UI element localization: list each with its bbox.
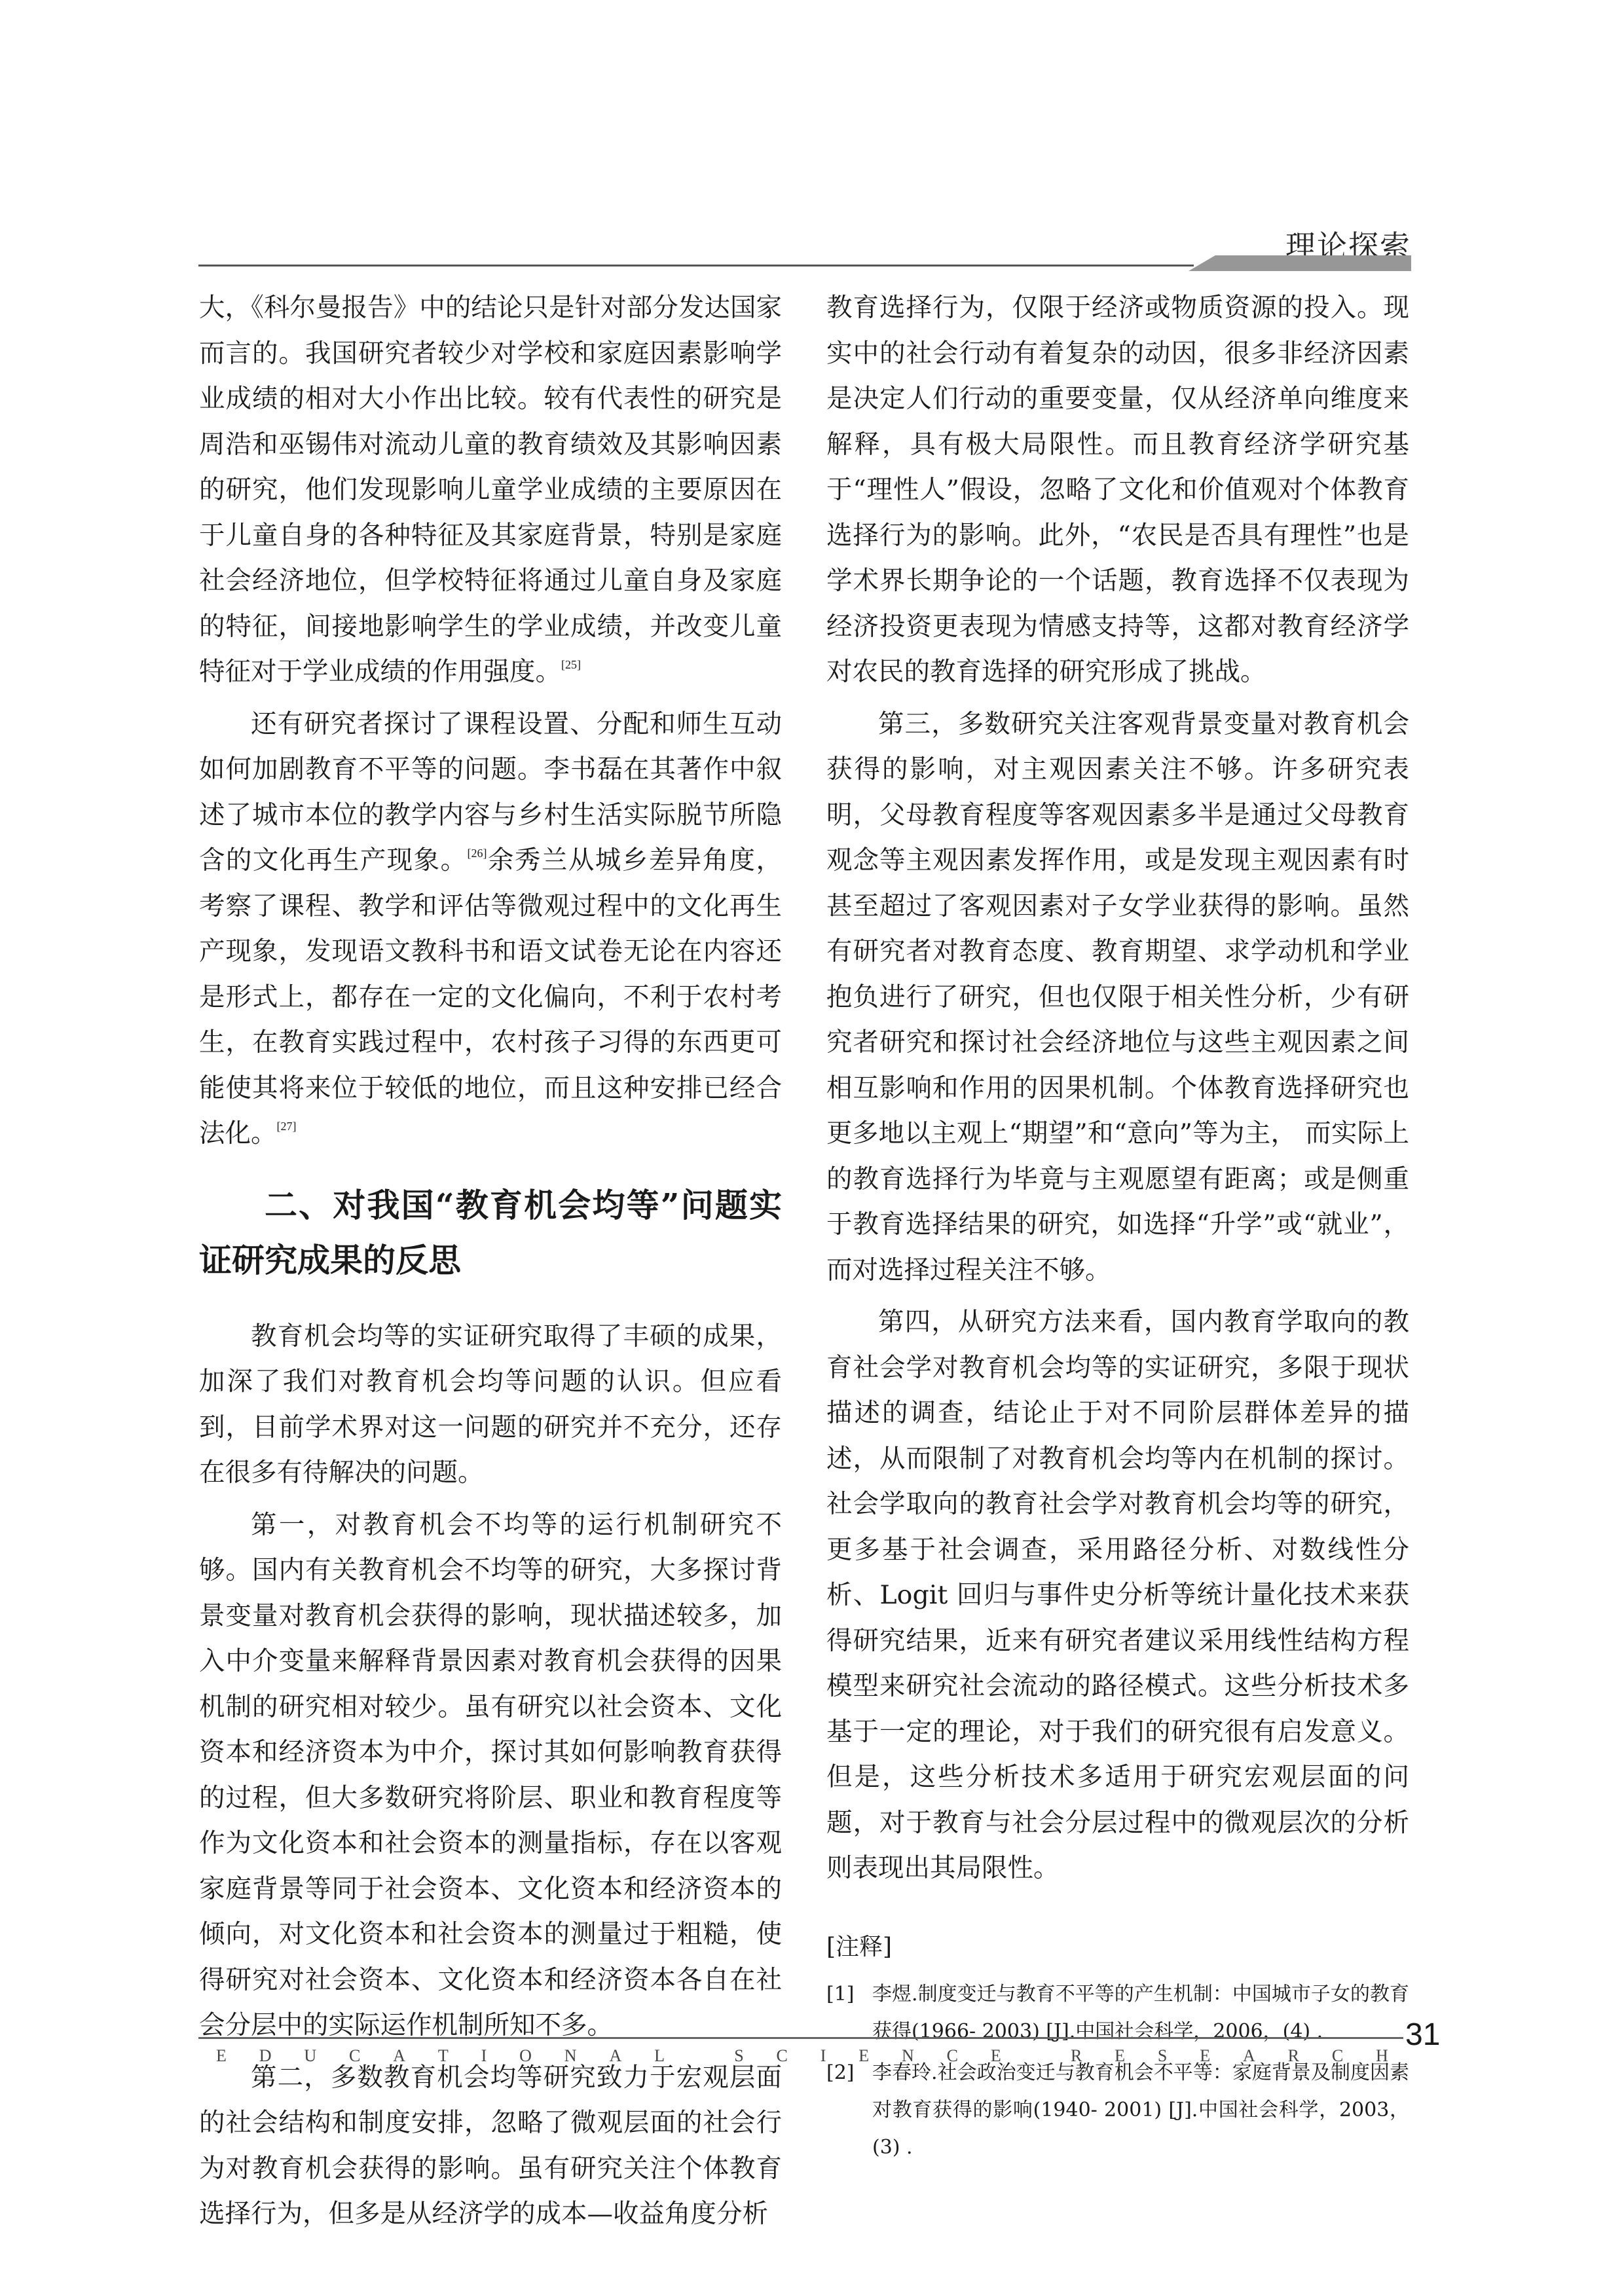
paragraph: 第三，多数研究关注客观背景变量对教育机会获得的影响，对主观因素关注不够。许多研究… bbox=[826, 702, 1409, 1294]
paragraph: 还有研究者探讨了课程设置、分配和师生互动如何加剧教育不平等的问题。李书磊在其著作… bbox=[199, 702, 782, 1157]
footer-letter: C bbox=[349, 2046, 360, 2066]
footer-letter: I bbox=[481, 2046, 487, 2066]
footer-letter: C bbox=[1332, 2046, 1343, 2066]
footer-letter: I bbox=[821, 2046, 826, 2066]
footer-letter: E bbox=[216, 2046, 227, 2066]
note-item: [2] 李春玲.社会政治变迁与教育机会不平等：家庭背景及制度因素对教育获得的影响… bbox=[826, 2054, 1409, 2166]
footer-letter: O bbox=[519, 2046, 532, 2066]
paragraph: 大，《科尔曼报告》中的结论只是针对部分发达国家而言的。我国研究者较少对学校和家庭… bbox=[199, 285, 782, 695]
footer-letter: U bbox=[304, 2046, 316, 2066]
paragraph: 教育机会均等的实证研究取得了丰硕的成果，加深了我们对教育机会均等问题的认识。但应… bbox=[199, 1314, 782, 1496]
footer-letter: R bbox=[1071, 2046, 1082, 2066]
footer-letter: A bbox=[609, 2046, 621, 2066]
footer-letter: L bbox=[654, 2046, 665, 2066]
note-text: 李春玲.社会政治变迁与教育机会不平等：家庭背景及制度因素对教育获得的影响(194… bbox=[872, 2054, 1409, 2166]
paragraph: 第四，从研究方法来看，国内教育学取向的教育社会学对教育机会均等的实证研究，多限于… bbox=[826, 1300, 1409, 1892]
footer-letter: S bbox=[1158, 2046, 1167, 2066]
footer-letter: E bbox=[1115, 2046, 1125, 2066]
footer-letter: C bbox=[947, 2046, 958, 2066]
footer-letter: R bbox=[1288, 2046, 1299, 2066]
citation-ref: [27] bbox=[277, 1120, 297, 1133]
paragraph: 第二，多数教育机会均等研究致力于宏观层面的社会结构和制度安排，忽略了微观层面的社… bbox=[199, 2055, 782, 2237]
footer-letter: E bbox=[1200, 2046, 1210, 2066]
header-rule bbox=[198, 265, 1194, 266]
footer-letter: N bbox=[564, 2046, 577, 2066]
journal-name-footer: EDUCATIONAL SCIENCE RESEARCH bbox=[216, 2046, 1388, 2066]
footer-letter: D bbox=[259, 2046, 272, 2066]
footer-letter: E bbox=[858, 2046, 869, 2066]
footer-rule bbox=[198, 2037, 1403, 2039]
footer-letter: A bbox=[1243, 2046, 1255, 2066]
footer-letter: E bbox=[991, 2046, 1001, 2066]
header-accent-bar bbox=[1189, 255, 1411, 271]
citation-ref: [25] bbox=[561, 658, 581, 671]
footer-letter: S bbox=[734, 2046, 743, 2066]
footer-letter: C bbox=[777, 2046, 788, 2066]
footer-letter: A bbox=[393, 2046, 405, 2066]
footer-letter: N bbox=[902, 2046, 914, 2066]
citation-ref: [26] bbox=[468, 847, 487, 860]
section-heading: 二、对我国“教育机会均等”问题实证研究成果的反思 bbox=[199, 1178, 782, 1288]
notes-heading: [注释] bbox=[826, 1931, 1409, 1964]
footer-letter bbox=[697, 2046, 702, 2066]
footer-letter: T bbox=[438, 2046, 449, 2066]
paragraph: 教育选择行为，仅限于经济或物质资源的投入。现实中的社会行动有着复杂的动因，很多非… bbox=[826, 285, 1409, 695]
right-column: 教育选择行为，仅限于经济或物质资源的投入。现实中的社会行动有着复杂的动因，很多非… bbox=[826, 285, 1409, 2170]
paragraph: 第一，对教育机会不均等的运行机制研究不够。国内有关教育机会不均等的研究，大多探讨… bbox=[199, 1503, 782, 2049]
footer-letter: H bbox=[1376, 2046, 1388, 2066]
page-number: 31 bbox=[1405, 2017, 1440, 2053]
note-number: [2] bbox=[826, 2054, 872, 2166]
footer-letter bbox=[1034, 2046, 1039, 2066]
left-column: 大，《科尔曼报告》中的结论只是针对部分发达国家而言的。我国研究者较少对学校和家庭… bbox=[199, 285, 782, 2244]
